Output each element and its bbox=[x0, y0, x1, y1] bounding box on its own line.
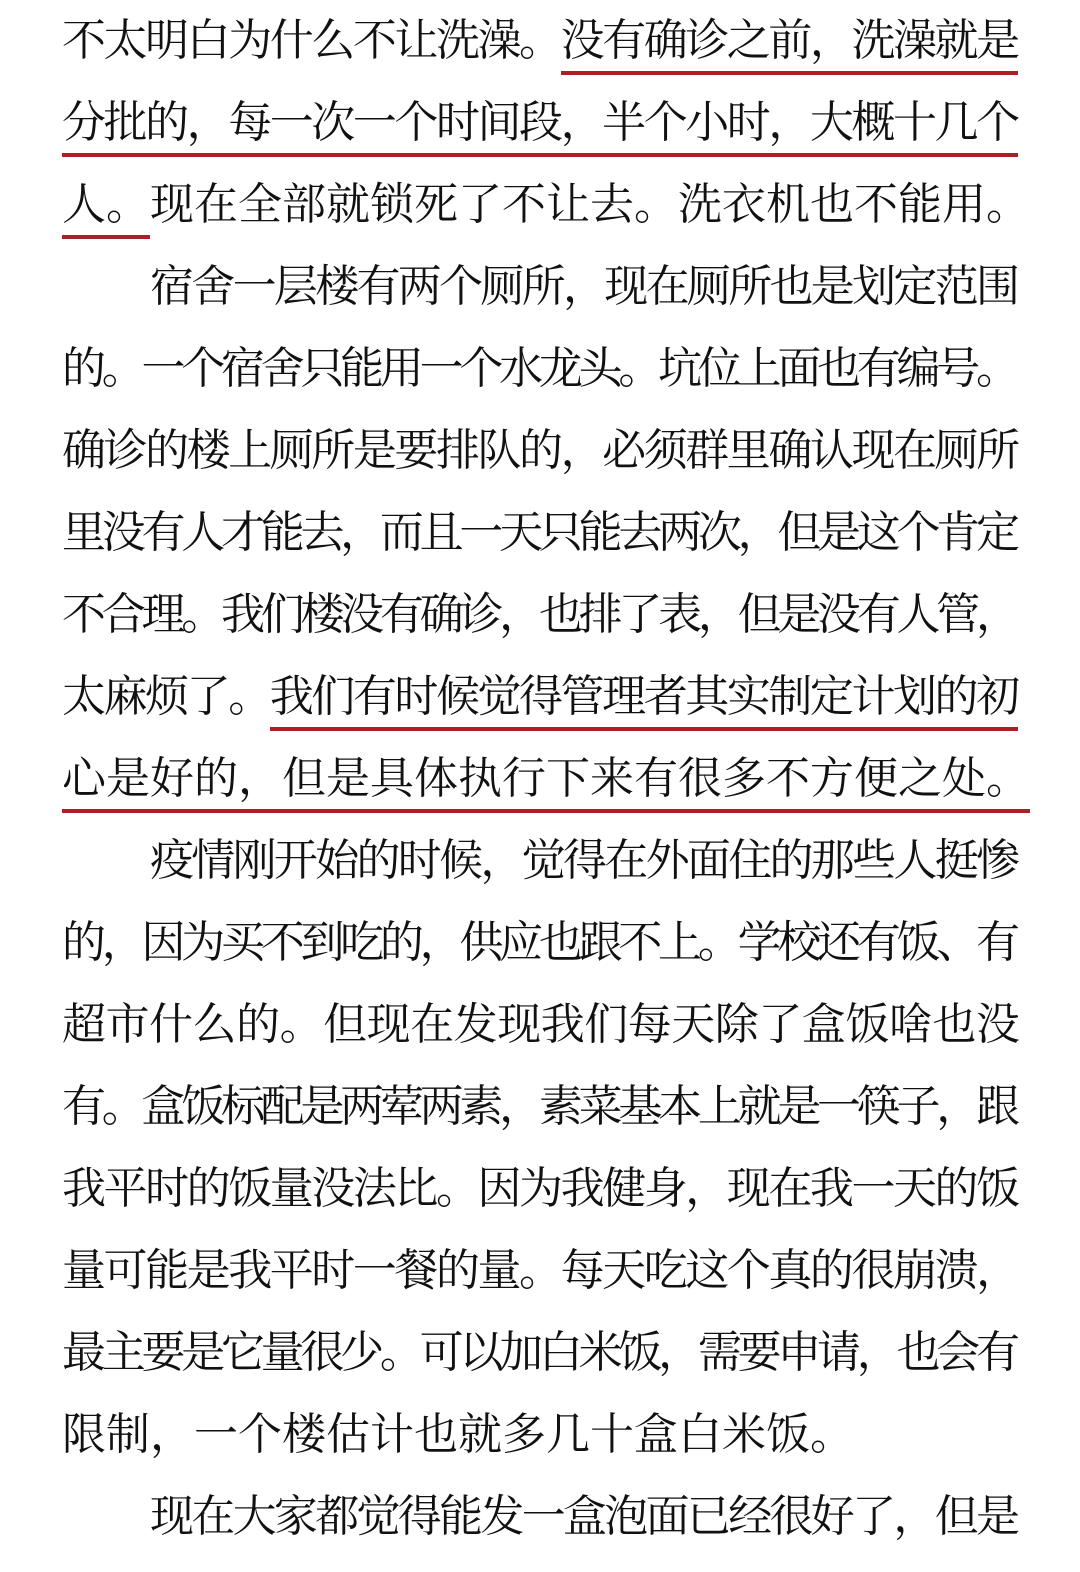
text-run: 的。一个宿舍只能用一个水龙头。坑位上面也有编号。 bbox=[62, 344, 1016, 393]
line-content: 的。一个宿舍只能用一个水龙头。坑位上面也有编号。 bbox=[62, 344, 1016, 393]
text-line: 限制，一个楼估计也就多几十盒白米饭。 bbox=[62, 1394, 1020, 1476]
text-run: 确诊的楼上厕所是要排队的，必须群里确认现在厕所 bbox=[62, 426, 1018, 475]
text-run: 不合理。我们楼没有确诊，也排了表，但是没有人管， bbox=[62, 590, 1016, 639]
text-line: 量可能是我平时一餐的量。每天吃这个真的很崩溃， bbox=[62, 1230, 1020, 1312]
line-content: 限制，一个楼估计也就多几十盒白米饭。 bbox=[62, 1410, 854, 1459]
line-content: 确诊的楼上厕所是要排队的，必须群里确认现在厕所 bbox=[62, 426, 1018, 475]
text-line: 我平时的饭量没法比。因为我健身，现在我一天的饭 bbox=[62, 1148, 1020, 1230]
line-content: 的，因为买不到吃的，供应也跟不上。学校还有饭、有 bbox=[62, 918, 1016, 967]
line-content: 心是好的，但是具体执行下来有很多不方便之处。 bbox=[62, 754, 1030, 813]
text-line: 确诊的楼上厕所是要排队的，必须群里确认现在厕所 bbox=[62, 410, 1020, 492]
text-run: 的，因为买不到吃的，供应也跟不上。学校还有饭、有 bbox=[62, 918, 1016, 967]
text-run: 疫情刚开始的时候，觉得在外面住的那些人挺惨 bbox=[150, 836, 1017, 885]
text-run: 现在大家都觉得能发一盒泡面已经很好了，但是 bbox=[150, 1492, 1017, 1541]
line-content: 太麻烦了。我们有时候觉得管理者其实制定计划的初 bbox=[62, 672, 1018, 731]
text-run: 宿舍一层楼有两个厕所，现在厕所也是划定范围 bbox=[150, 262, 1017, 311]
underlined-text-run: 人。 bbox=[62, 180, 150, 239]
line-content: 量可能是我平时一餐的量。每天吃这个真的很崩溃， bbox=[62, 1246, 1018, 1295]
line-content: 我平时的饭量没法比。因为我健身，现在我一天的饭 bbox=[62, 1164, 1018, 1213]
text-line: 心是好的，但是具体执行下来有很多不方便之处。 bbox=[62, 738, 1020, 820]
text-line: 太麻烦了。我们有时候觉得管理者其实制定计划的初 bbox=[62, 656, 1020, 738]
text-line: 里没有人才能去，而且一天只能去两次，但是这个肯定 bbox=[62, 492, 1020, 574]
text-line: 超市什么的。但现在发现我们每天除了盒饭啥也没 bbox=[62, 984, 1020, 1066]
text-run: 量可能是我平时一餐的量。每天吃这个真的很崩溃， bbox=[62, 1246, 1018, 1295]
article-text: 不太明白为什么不让洗澡。没有确诊之前，洗澡就是分批的，每一次一个时间段，半个小时… bbox=[0, 0, 1080, 1558]
text-run: 现在全部就锁死了不让去。洗衣机也不能用。 bbox=[150, 180, 1030, 229]
text-line: 最主要是它量很少。可以加白米饭，需要申请，也会有 bbox=[62, 1312, 1020, 1394]
line-content: 有。盒饭标配是两荤两素，素菜基本上就是一筷子，跟 bbox=[62, 1082, 1016, 1131]
line-content: 分批的，每一次一个时间段，半个小时，大概十几个 bbox=[62, 98, 1018, 157]
text-line: 的，因为买不到吃的，供应也跟不上。学校还有饭、有 bbox=[62, 902, 1020, 984]
text-run: 有。盒饭标配是两荤两素，素菜基本上就是一筷子，跟 bbox=[62, 1082, 1016, 1131]
text-line: 不合理。我们楼没有确诊，也排了表，但是没有人管， bbox=[62, 574, 1020, 656]
line-content: 现在大家都觉得能发一盒泡面已经很好了，但是 bbox=[150, 1492, 1017, 1541]
line-content: 最主要是它量很少。可以加白米饭，需要申请，也会有 bbox=[62, 1328, 1016, 1377]
line-content: 里没有人才能去，而且一天只能去两次，但是这个肯定 bbox=[62, 508, 1016, 557]
text-run: 超市什么的。但现在发现我们每天除了盒饭啥也没 bbox=[62, 1000, 1019, 1049]
text-line: 现在大家都觉得能发一盒泡面已经很好了，但是 bbox=[62, 1476, 1020, 1558]
text-run: 不太明白为什么不让洗澡。 bbox=[62, 16, 561, 65]
underlined-text-run: 心是好的，但是具体执行下来有很多不方便之处。 bbox=[62, 754, 1030, 813]
text-line: 分批的，每一次一个时间段，半个小时，大概十几个 bbox=[62, 82, 1020, 164]
text-line: 不太明白为什么不让洗澡。没有确诊之前，洗澡就是 bbox=[62, 0, 1020, 82]
line-content: 不合理。我们楼没有确诊，也排了表，但是没有人管， bbox=[62, 590, 1016, 639]
underlined-text-run: 分批的，每一次一个时间段，半个小时，大概十几个 bbox=[62, 98, 1018, 157]
underlined-text-run: 没有确诊之前，洗澡就是 bbox=[561, 16, 1018, 75]
line-content: 疫情刚开始的时候，觉得在外面住的那些人挺惨 bbox=[150, 836, 1017, 885]
text-run: 限制，一个楼估计也就多几十盒白米饭。 bbox=[62, 1410, 854, 1459]
text-line: 有。盒饭标配是两荤两素，素菜基本上就是一筷子，跟 bbox=[62, 1066, 1020, 1148]
text-line: 人。现在全部就锁死了不让去。洗衣机也不能用。 bbox=[62, 164, 1020, 246]
text-run: 我平时的饭量没法比。因为我健身，现在我一天的饭 bbox=[62, 1164, 1018, 1213]
text-line: 宿舍一层楼有两个厕所，现在厕所也是划定范围 bbox=[62, 246, 1020, 328]
text-run: 最主要是它量很少。可以加白米饭，需要申请，也会有 bbox=[62, 1328, 1016, 1377]
text-line: 疫情刚开始的时候，觉得在外面住的那些人挺惨 bbox=[62, 820, 1020, 902]
line-content: 不太明白为什么不让洗澡。没有确诊之前，洗澡就是 bbox=[62, 16, 1018, 75]
line-content: 宿舍一层楼有两个厕所，现在厕所也是划定范围 bbox=[150, 262, 1017, 311]
text-line: 的。一个宿舍只能用一个水龙头。坑位上面也有编号。 bbox=[62, 328, 1020, 410]
underlined-text-run: 我们有时候觉得管理者其实制定计划的初 bbox=[270, 672, 1018, 731]
line-content: 人。现在全部就锁死了不让去。洗衣机也不能用。 bbox=[62, 180, 1030, 239]
line-content: 超市什么的。但现在发现我们每天除了盒饭啥也没 bbox=[62, 1000, 1019, 1049]
text-run: 里没有人才能去，而且一天只能去两次，但是这个肯定 bbox=[62, 508, 1016, 557]
text-run: 太麻烦了。 bbox=[62, 672, 270, 721]
